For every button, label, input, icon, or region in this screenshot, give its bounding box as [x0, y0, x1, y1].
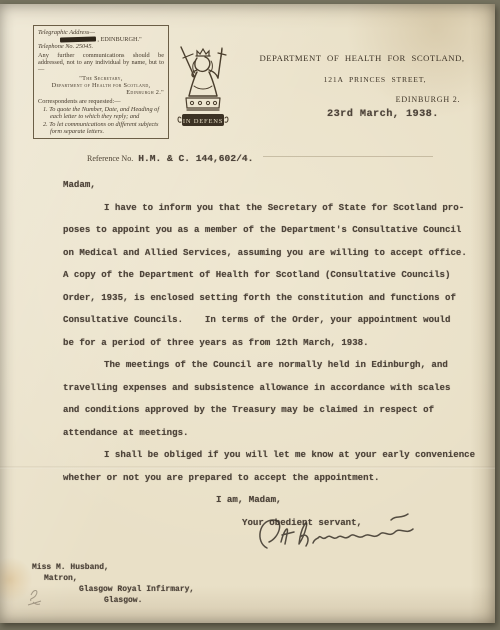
- text-line: Consultative Councils. In terms of the O…: [63, 309, 475, 332]
- text-line: travelling expenses and subsistence allo…: [63, 377, 475, 400]
- closing-i-am-madam: I am, Madam,: [216, 489, 475, 512]
- addressee-block: Miss M. Husband,Matron,Glasgow Royal Inf…: [32, 562, 194, 606]
- telephone-number: Telephone No. 25045.: [38, 43, 164, 50]
- reference-line: Reference No.H.M. & C. 144,602/4.: [87, 148, 253, 166]
- secretary-line: "The Secretary,: [38, 75, 164, 82]
- correspondents-requested-label: Correspondents are requested:—: [38, 98, 164, 105]
- redacted-text: [60, 37, 96, 43]
- signature: [253, 510, 425, 564]
- edinburgh-line: Edinburgh 2.": [38, 89, 164, 96]
- letterhead-street: 121A PRINCES STREET,: [290, 75, 460, 84]
- request-item-1: 1. To quote the Number, Date, and Headin…: [38, 106, 164, 120]
- text-line: poses to appoint you as a member of the …: [63, 219, 475, 242]
- letter-paper: Telegraphic Address— , EDINBURGH." Telep…: [0, 4, 495, 623]
- telegraphic-address-label: Telegraphic Address—: [38, 29, 164, 36]
- salutation: Madam,: [63, 174, 475, 197]
- royal-crest-icon: IN DEFENS: [167, 44, 239, 156]
- paragraph-2: The meetings of the Council are normally…: [63, 354, 475, 444]
- reference-number: H.M. & C. 144,602/4.: [138, 153, 253, 164]
- paragraph-1: I have to inform you that the Secretary …: [63, 197, 475, 355]
- text-line: Glasgow Royal Infirmary,: [79, 584, 194, 595]
- text-line: be for a period of three years as from 1…: [63, 332, 475, 355]
- text-line: Glasgow.: [104, 595, 194, 606]
- reference-rule: [263, 156, 433, 157]
- letter-body: Madam, I have to inform you that the Sec…: [63, 174, 475, 534]
- text-line: attendance at meetings.: [63, 422, 475, 445]
- letterhead-department: DEPARTMENT OF HEALTH FOR SCOTLAND,: [248, 53, 476, 63]
- letterhead-city: EDINBURGH 2.: [392, 95, 464, 104]
- correspondence-notice-box: Telegraphic Address— , EDINBURGH." Telep…: [33, 25, 169, 139]
- telegraphic-address-value: , EDINBURGH.": [97, 36, 141, 43]
- text-line: Miss M. Husband,: [32, 562, 194, 573]
- text-line: I shall be obliged if you will let me kn…: [63, 444, 475, 467]
- text-line: I have to inform you that the Secretary …: [63, 197, 475, 220]
- text-line: whether or not you are prepared to accep…: [63, 467, 475, 490]
- paragraph-3: I shall be obliged if you will let me kn…: [63, 444, 475, 489]
- request-item-2: 2. To let communications on different su…: [38, 121, 164, 135]
- text-line: on Medical and Allied Services, assuming…: [63, 242, 475, 265]
- text-line: A copy of the Department of Health for S…: [63, 264, 475, 287]
- further-communications-note: Any further communications should be add…: [38, 52, 164, 73]
- text-line: Order, 1935, is enclosed setting forth t…: [63, 287, 475, 310]
- crest-motto: IN DEFENS: [183, 118, 223, 125]
- pencil-mark: [25, 586, 47, 610]
- reference-label: Reference No.: [87, 154, 133, 163]
- text-line: Matron,: [44, 573, 194, 584]
- text-line: and conditions approved by the Treasury …: [63, 399, 475, 422]
- telegraphic-address-line: , EDINBURGH.": [38, 36, 164, 43]
- text-line: The meetings of the Council are normally…: [63, 354, 475, 377]
- department-line: Department of Health for Scotland,: [38, 82, 164, 89]
- letter-date: 23rd March, 1938.: [327, 108, 439, 120]
- scanned-letter-photo: Telegraphic Address— , EDINBURGH." Telep…: [0, 0, 500, 630]
